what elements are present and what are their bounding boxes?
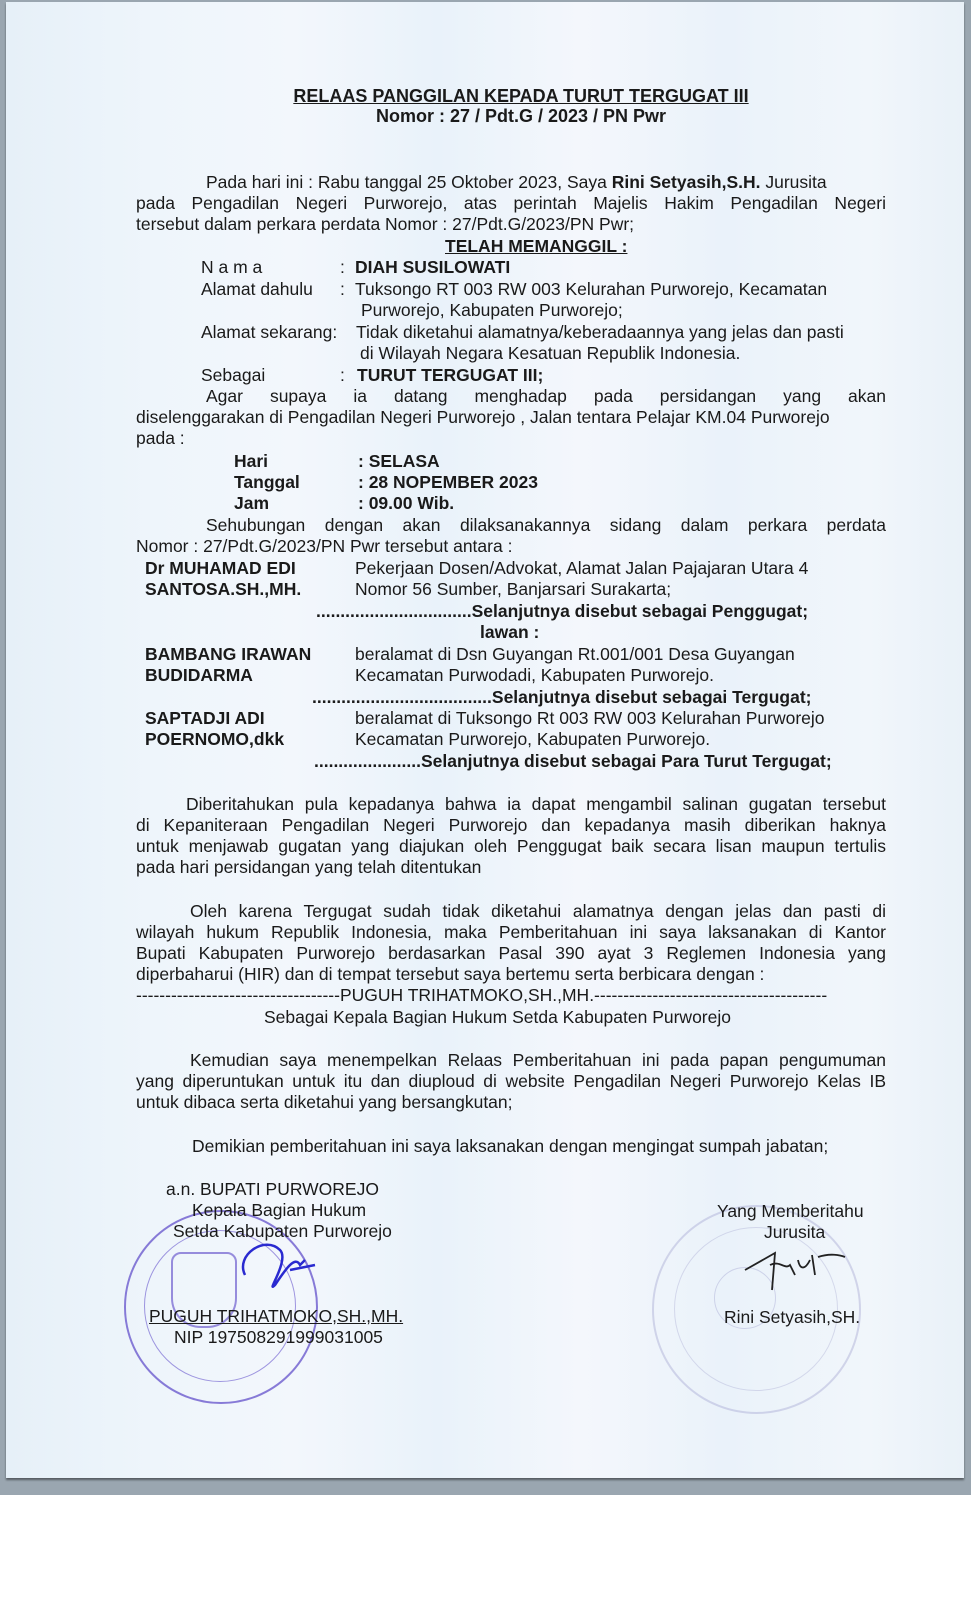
notice-line-4: pada hari persidangan yang telah ditentu… — [136, 857, 481, 878]
because-line-2: wilayah hukum Republik Indonesia, maka P… — [136, 922, 886, 943]
right-signature-icon — [740, 1245, 850, 1295]
colon: : — [340, 279, 345, 300]
bailiff-name: Rini Setyasih,S.H. — [612, 172, 761, 192]
co-defendant-name-line-1: SAPTADJI ADI — [145, 708, 265, 729]
case-intro-line-1: Sehubungan dengan akan dilaksanakannya s… — [206, 515, 886, 536]
plaintiff-address-line-2: Nomor 56 Sumber, Banjarsari Surakarta; — [355, 579, 671, 600]
right-signer-role: Yang Memberitahu — [717, 1201, 864, 1222]
notice-line-3: untuk menjawab gugatan yang diajukan ole… — [136, 836, 886, 857]
met-person: -----------------------------------PUGUH… — [136, 985, 886, 1006]
left-signer-name: PUGUH TRIHATMOKO,SH.,MH. — [149, 1306, 403, 1327]
defendant-name-line-1: BAMBANG IRAWAN — [145, 644, 311, 665]
colon: : — [340, 257, 345, 278]
document-number: Nomor : 27 / Pdt.G / 2023 / PN Pwr — [0, 106, 971, 127]
plaintiff-name-line-1: Dr MUHAMAD EDI — [145, 558, 296, 579]
intro-line-2: pada Pengadilan Negeri Purworejo, atas p… — [136, 193, 886, 214]
hearing-intro-line-2: diselenggarakan di Pengadilan Negeri Pur… — [136, 407, 830, 428]
defendant-address-line-1: beralamat di Dsn Guyangan Rt.001/001 Des… — [355, 644, 795, 665]
posted-line-2: yang diperuntukan untuk itu dan diuploud… — [136, 1071, 886, 1092]
current-address-line-1: Tidak diketahui alamatnya/keberadaannya … — [356, 322, 844, 343]
hearing-intro-line-3: pada : — [136, 428, 185, 449]
prev-address-label: Alamat dahulu — [201, 279, 313, 300]
defendant-name-line-2: BUDIDARMA — [145, 665, 253, 686]
hearing-day-value: : SELASA — [358, 451, 440, 472]
plaintiff-address-line-1: Pekerjaan Dosen/Advokat, Alamat Jalan Pa… — [355, 558, 808, 579]
intro-line-3: tersebut dalam perkara perdata Nomor : 2… — [136, 214, 634, 235]
because-line-3: Bupati Kabupaten Purworejo berdasarkan P… — [136, 943, 886, 964]
right-signer-title: Jurusita — [764, 1222, 825, 1243]
name-label: N a m a — [201, 257, 262, 278]
closing-statement: Demikian pemberitahuan ini saya laksanak… — [192, 1136, 828, 1157]
co-defendant-address-line-2: Kecamatan Purworejo, Kabupaten Purworejo… — [355, 729, 710, 750]
document-title: RELAAS PANGGILAN KEPADA TURUT TERGUGAT I… — [0, 86, 971, 107]
right-signer-name: Rini Setyasih,SH. — [724, 1307, 860, 1328]
on-behalf-of: a.n. BUPATI PURWOREJO — [166, 1179, 379, 1200]
posted-line-1: Kemudian saya menempelkan Relaas Pemberi… — [190, 1050, 886, 1071]
hearing-date-value: : 28 NOPEMBER 2023 — [358, 472, 538, 493]
because-line-4: diperbaharui (HIR) dan di tempat tersebu… — [136, 964, 764, 985]
plaintiff-designation: ................................Selanjut… — [316, 601, 808, 622]
role-label: Sebagai — [201, 365, 265, 386]
co-defendant-name-line-2: POERNOMO,dkk — [145, 729, 284, 750]
current-address-line-2: di Wilayah Negara Kesatuan Republik Indo… — [360, 343, 740, 364]
plaintiff-name-line-2: SANTOSA.SH.,MH. — [145, 579, 301, 600]
co-defendant-address-line-1: beralamat di Tuksongo Rt 003 RW 003 Kelu… — [355, 708, 825, 729]
notice-line-2: di Kepaniteraan Pengadilan Negeri Purwor… — [136, 815, 886, 836]
case-intro-line-2: Nomor : 27/Pdt.G/2023/PN Pwr tersebut an… — [136, 536, 512, 557]
colon: : — [340, 365, 345, 386]
left-signer-nip: NIP 197508291999031005 — [174, 1327, 383, 1348]
left-signer-title: Kepala Bagian Hukum — [192, 1200, 366, 1221]
hearing-intro-line-1: Agar supaya ia datang menghadap pada per… — [206, 386, 886, 407]
co-defendant-designation: ......................Selanjutnya disebu… — [314, 751, 832, 772]
prev-address-line-1: Tuksongo RT 003 RW 003 Kelurahan Purwore… — [355, 279, 827, 300]
versus-label: lawan : — [480, 622, 539, 643]
bailiff-title: Jurusita — [765, 172, 826, 192]
left-signature-icon — [225, 1225, 325, 1305]
defendant-designation: .....................................Sel… — [312, 687, 812, 708]
met-person-role: Sebagai Kepala Bagian Hukum Setda Kabupa… — [264, 1007, 731, 1028]
notice-line-1: Diberitahukan pula kepadanya bahwa ia da… — [186, 794, 886, 815]
intro-text: Pada hari ini : Rabu tanggal 25 Oktober … — [206, 172, 607, 192]
recipient-name: DIAH SUSILOWATI — [355, 257, 510, 278]
current-address-label: Alamat sekarang: — [201, 322, 337, 343]
intro-line-1: Pada hari ini : Rabu tanggal 25 Oktober … — [206, 172, 827, 193]
because-line-1: Oleh karena Tergugat sudah tidak diketah… — [190, 901, 886, 922]
posted-line-3: untuk dibaca serta diketahui yang bersan… — [136, 1092, 513, 1113]
hearing-time-value: : 09.00 Wib. — [358, 493, 454, 514]
summon-heading: TELAH MEMANGGIL : — [445, 236, 627, 257]
hearing-date-label: Tanggal — [234, 472, 300, 493]
defendant-address-line-2: Kecamatan Purwodadi, Kabupaten Purworejo… — [355, 665, 714, 686]
prev-address-line-2: Purworejo, Kabupaten Purworejo; — [361, 300, 623, 321]
recipient-role: TURUT TERGUGAT III; — [357, 365, 543, 386]
hearing-day-label: Hari — [234, 451, 268, 472]
hearing-time-label: Jam — [234, 493, 269, 514]
